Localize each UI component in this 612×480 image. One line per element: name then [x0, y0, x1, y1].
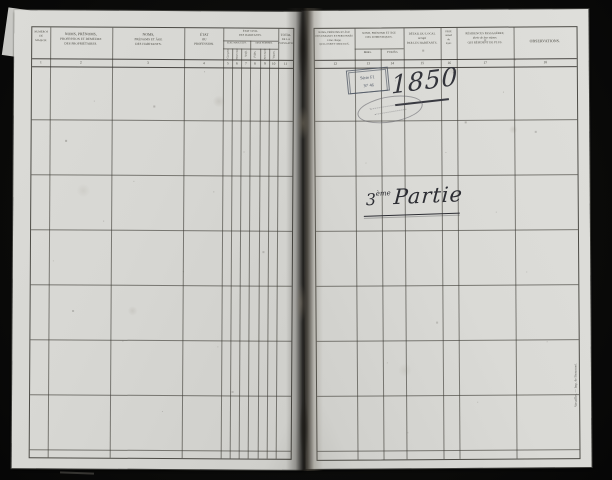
paper-speckles: [14, 10, 15, 11]
printer-imprint: Versailles. — Imp. de Beaumont.: [571, 327, 581, 443]
right-page: NOMS, PRÉNOMS ET ÂGE DES ENFANTS ET PERS…: [302, 9, 591, 469]
col-header-prix: PRIX annuel du loyer.: [441, 30, 457, 59]
col-number: 18: [514, 58, 577, 66]
row-line: [30, 339, 291, 342]
series-number-stamp-inner: Série F1 N° 46: [348, 69, 388, 94]
col-number: 6: [232, 59, 241, 67]
col-header-males: Mâles.: [355, 50, 381, 59]
stamp-number-label: N° 46: [363, 83, 374, 89]
grid-line: [276, 29, 280, 459]
stamp-series-label: Série F1: [360, 74, 375, 80]
grid-line: [258, 49, 262, 459]
col-header-veufs: Veufs.: [241, 48, 250, 59]
col-header-habitants: NOMS, PRÉNOMS ET ÂGE DES HABITANTS.: [112, 32, 184, 59]
row-line: [32, 119, 293, 122]
grid-line: [230, 48, 234, 458]
scanned-register-spread: NUMÉROS DE MAISON. NOMS, PRÉNOMS, PROFES…: [0, 0, 612, 480]
col-header-femelles: Femelles.: [381, 50, 404, 59]
left-page: NUMÉROS DE MAISON. NOMS, PRÉNOMS, PROFES…: [12, 10, 307, 470]
col-header-hommes-maries: Hommes mariés.: [232, 48, 241, 59]
header-line: DES DOMESTIQUES.: [355, 35, 404, 40]
book-binding: [286, 8, 323, 471]
part-ordinal-suffix: ème: [376, 189, 391, 198]
row-line: [30, 449, 291, 452]
row-line: [31, 284, 292, 287]
row-line: [31, 174, 292, 177]
row-line: [30, 394, 291, 397]
col-header-profession: ÉTAT OU PROFESSION.: [184, 32, 223, 59]
grid-line: [221, 28, 225, 458]
col-header-observations: OBSERVATIONS.: [514, 38, 577, 58]
header-line: Femelles.: [381, 50, 404, 55]
row-line: [31, 229, 292, 232]
col-header-numeros-maison: NUMÉROS DE MAISON.: [32, 30, 50, 58]
handwritten-part-title: 3èmePartie: [365, 182, 463, 210]
header-line: PAR LES HABITANTS.: [404, 41, 441, 46]
col-header-femmes-mariees: Femmes mariées.: [260, 49, 269, 60]
header-line: loyer.: [441, 42, 457, 46]
col-number: 7: [241, 59, 250, 67]
col-header-garcons: Garçons.: [223, 48, 232, 59]
grid-line: [110, 28, 114, 458]
col-number: 2: [50, 58, 112, 66]
grid-line: [267, 49, 271, 459]
header-line: PROFESSION.: [184, 42, 223, 47]
col-number: 17: [457, 59, 514, 67]
col-number: 3: [112, 59, 184, 67]
header-line: DES HABITANTS.: [223, 34, 278, 39]
col-header-proprietaires: NOMS, PRÉNOMS, PROFESSION ET DEMEURE DES…: [50, 31, 112, 58]
grid-line: [239, 48, 243, 458]
header-line: MAISON.: [32, 39, 50, 43]
grid-line: [182, 28, 186, 458]
page-stack-mark: [60, 471, 94, 474]
col-header-veuves: Veuves.: [269, 49, 278, 60]
header-line: OBSERVATIONS.: [514, 38, 577, 44]
printer-imprint-text: Versailles. — Imp. de Beaumont.: [574, 363, 578, 407]
header-line: SEXE MASCULIN.: [223, 41, 250, 45]
col-number: 10: [269, 60, 278, 68]
grid-line: [48, 27, 52, 457]
col-number: 13: [355, 59, 381, 67]
col-number: 9: [260, 60, 269, 68]
header-line: DES PROPRIÉTAIRES.: [50, 42, 112, 47]
col-header-domestiques: NOMS, PRÉNOMS ET ÂGE DES DOMESTIQUES.: [355, 31, 404, 48]
col-number: 1: [32, 58, 50, 66]
left-table: NUMÉROS DE MAISON. NOMS, PRÉNOMS, PROFES…: [29, 26, 295, 460]
col-number: 8: [250, 60, 260, 68]
header-line: QUI RÉSIDENT DE PLUS.: [457, 40, 514, 45]
header-line: SEXE FÉMININ.: [250, 42, 278, 46]
header-line: Mâles.: [355, 50, 381, 55]
col-number: 5: [223, 59, 232, 67]
col-header-local: DÉTAIL DU LOCAL occupé PAR LES HABITANTS…: [404, 32, 441, 59]
col-header-etat-civil: ÉTAT CIVIL DES HABITANTS.: [223, 29, 278, 40]
header-line: DES HABITANTS.: [112, 42, 184, 47]
part-word: Partie: [393, 182, 464, 209]
series-number-stamp: Série F1 N° 46: [346, 67, 390, 95]
col-number: 4: [184, 59, 223, 67]
col-header-filles: Filles.: [250, 49, 260, 60]
col-header-residences: RÉSIDENCES PASSAGÈRES; durée de leur séj…: [457, 32, 514, 59]
